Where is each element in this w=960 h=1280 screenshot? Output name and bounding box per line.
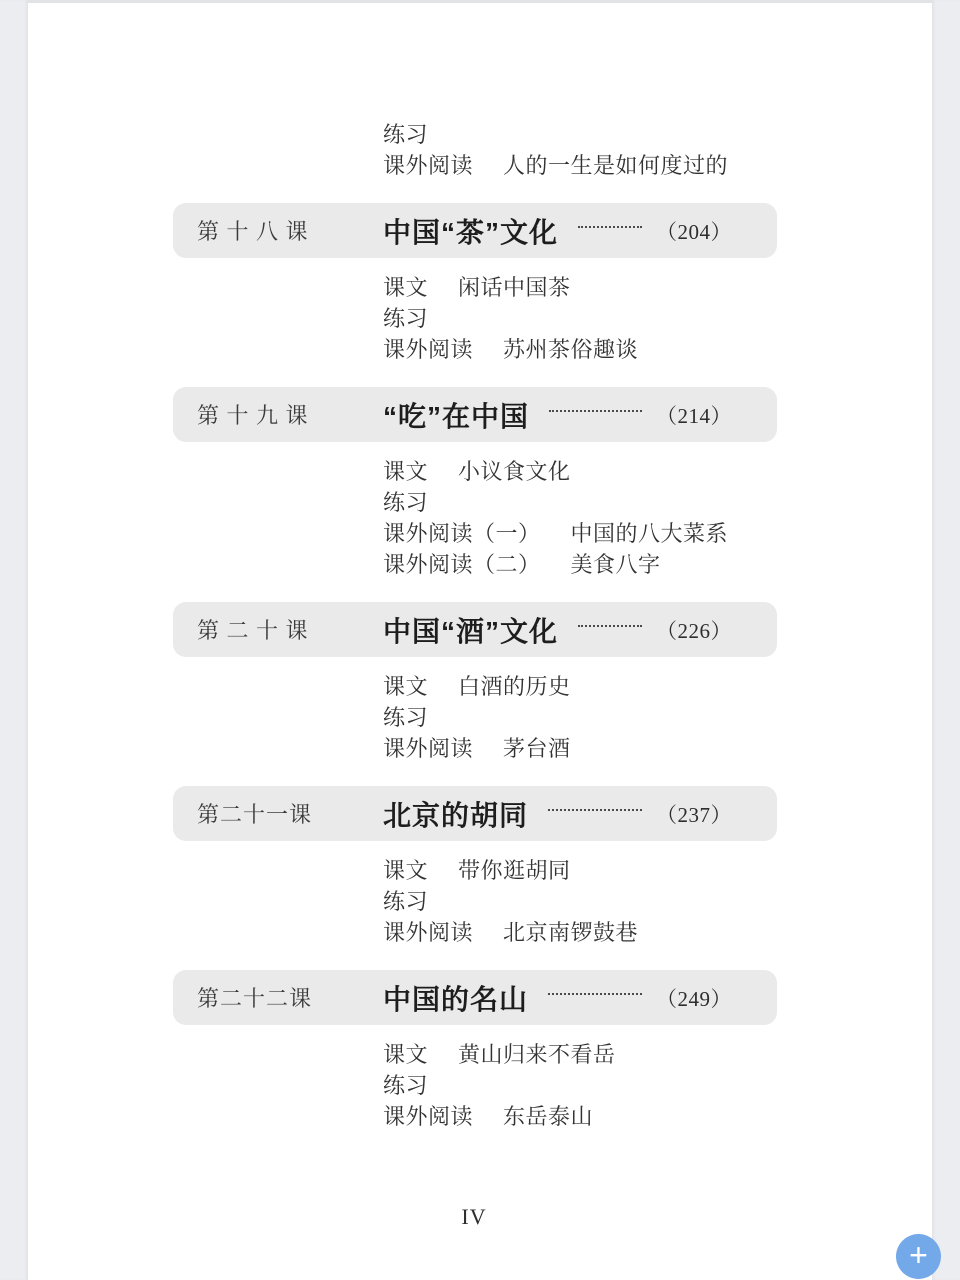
- toc-sub-item: 课外阅读 苏州茶俗趣谈: [383, 334, 777, 365]
- lesson-number: 第 十 九 课: [197, 399, 383, 430]
- sub-item-label: 课文: [383, 456, 428, 487]
- sub-item-detail: 黄山归来不看岳: [458, 1039, 616, 1070]
- toc-sub-item: 课外阅读 北京南锣鼓巷: [383, 917, 777, 948]
- lesson-number: 第二十二课: [197, 982, 383, 1013]
- toc-sub-item: 课外阅读（一） 中国的八大菜系: [383, 518, 777, 549]
- sub-item-detail: 北京南锣鼓巷: [503, 917, 638, 948]
- footer-page-number: IV: [173, 1201, 777, 1233]
- lesson-page-number: （237）: [656, 799, 732, 829]
- sub-item-detail: 白酒的历史: [458, 671, 571, 702]
- toc-sub-item: 课外阅读 东岳泰山: [383, 1101, 777, 1132]
- sub-item-label: 课外阅读: [383, 1101, 473, 1132]
- lesson-22-header: 第二十二课 中国的名山 （249）: [173, 970, 777, 1025]
- lesson-title: “吃”在中国: [383, 395, 529, 435]
- toc-sub-item: 课文 黄山归来不看岳: [383, 1039, 777, 1070]
- sub-item-label: 练习: [383, 119, 428, 150]
- sub-item-label: 课外阅读（二）: [383, 549, 541, 580]
- lesson-number: 第 二 十 课: [197, 614, 383, 645]
- sub-item-label: 课外阅读（一）: [383, 518, 541, 549]
- toc-sub-item: 课外阅读（二） 美食八字: [383, 549, 777, 580]
- sub-item-label: 课文: [383, 671, 428, 702]
- sub-item-detail: 中国的八大菜系: [571, 518, 729, 549]
- sub-item-label: 练习: [383, 303, 428, 334]
- toc-sub-item: 课文 带你逛胡同: [383, 855, 777, 886]
- sub-item-label: 练习: [383, 702, 428, 733]
- sub-item-label: 练习: [383, 1070, 428, 1101]
- lesson-number: 第 十 八 课: [197, 215, 383, 246]
- page-edge-right: [932, 0, 960, 1280]
- lesson-18-header: 第 十 八 课 中国“茶”文化 （204）: [173, 203, 777, 258]
- lesson-number: 第二十一课: [197, 798, 383, 829]
- toc-sub-item: 课外阅读 茅台酒: [383, 733, 777, 764]
- lesson-20-items: 课文 白酒的历史 练习 课外阅读 茅台酒: [173, 671, 777, 764]
- sub-item-label: 课外阅读: [383, 917, 473, 948]
- sub-item-label: 课文: [383, 1039, 428, 1070]
- lesson-page-number: （249）: [656, 983, 732, 1013]
- sub-item-detail: 茅台酒: [503, 733, 571, 764]
- toc-sub-item: 练习: [383, 303, 777, 334]
- lesson-22-items: 课文 黄山归来不看岳 练习 课外阅读 东岳泰山: [173, 1039, 777, 1132]
- sub-item-label: 练习: [383, 886, 428, 917]
- lesson-title: 中国“酒”文化: [383, 610, 558, 650]
- toc-sub-item: 课文 闲话中国茶: [383, 272, 777, 303]
- toc-sub-item: 练习: [383, 702, 777, 733]
- toc-sub-item: 练习: [383, 487, 777, 518]
- toc-sub-item: 课文 小议食文化: [383, 456, 777, 487]
- dotted-leader: [578, 625, 642, 627]
- dotted-leader: [548, 993, 642, 995]
- toc-sub-item: 课文 白酒的历史: [383, 671, 777, 702]
- lesson-title: 中国的名山: [383, 978, 528, 1018]
- plus-icon: +: [909, 1239, 928, 1271]
- lesson-20-header: 第 二 十 课 中国“酒”文化 （226）: [173, 602, 777, 657]
- toc-sub-item: 课外阅读 人的一生是如何度过的: [383, 150, 777, 181]
- sub-item-label: 课文: [383, 855, 428, 886]
- toc-sub-item: 练习: [383, 886, 777, 917]
- page-edge-left: [0, 0, 28, 1280]
- lesson-page-number: （214）: [656, 400, 732, 430]
- sub-item-label: 课外阅读: [383, 334, 473, 365]
- dotted-leader: [549, 410, 642, 412]
- toc-sub-item: 练习: [383, 1070, 777, 1101]
- sub-item-detail: 带你逛胡同: [458, 855, 571, 886]
- sub-item-detail: 小议食文化: [458, 456, 571, 487]
- lesson-page-number: （226）: [656, 615, 732, 645]
- sub-item-detail: 苏州茶俗趣谈: [503, 334, 638, 365]
- sub-item-detail: 人的一生是如何度过的: [503, 150, 728, 181]
- sub-item-detail: 东岳泰山: [503, 1101, 593, 1132]
- sub-item-detail: 闲话中国茶: [458, 272, 571, 303]
- toc-continued-list: 练习 课外阅读 人的一生是如何度过的: [173, 119, 777, 181]
- lesson-19-items: 课文 小议食文化 练习 课外阅读（一） 中国的八大菜系 课外阅读（二） 美食八字: [173, 456, 777, 580]
- dotted-leader: [578, 226, 642, 228]
- sub-item-label: 课外阅读: [383, 733, 473, 764]
- lesson-page-number: （204）: [656, 216, 732, 246]
- lesson-18-items: 课文 闲话中国茶 练习 课外阅读 苏州茶俗趣谈: [173, 272, 777, 365]
- lesson-19-header: 第 十 九 课 “吃”在中国 （214）: [173, 387, 777, 442]
- lesson-21-items: 课文 带你逛胡同 练习 课外阅读 北京南锣鼓巷: [173, 855, 777, 948]
- sub-item-label: 课外阅读: [383, 150, 473, 181]
- toc-sub-item: 练习: [383, 119, 777, 150]
- sub-item-label: 课文: [383, 272, 428, 303]
- lesson-21-header: 第二十一课 北京的胡同 （237）: [173, 786, 777, 841]
- sub-item-detail: 美食八字: [571, 549, 661, 580]
- add-button[interactable]: +: [896, 1234, 941, 1279]
- book-reader-page: { "page": { "footer_page_number": "IV" }…: [0, 0, 960, 1280]
- dotted-leader: [548, 809, 642, 811]
- toc-content: 练习 课外阅读 人的一生是如何度过的 第 十 八 课 中国“茶”文化 （204）…: [173, 0, 777, 1233]
- lesson-title: 北京的胡同: [383, 794, 528, 834]
- lesson-title: 中国“茶”文化: [383, 211, 558, 251]
- sub-item-label: 练习: [383, 487, 428, 518]
